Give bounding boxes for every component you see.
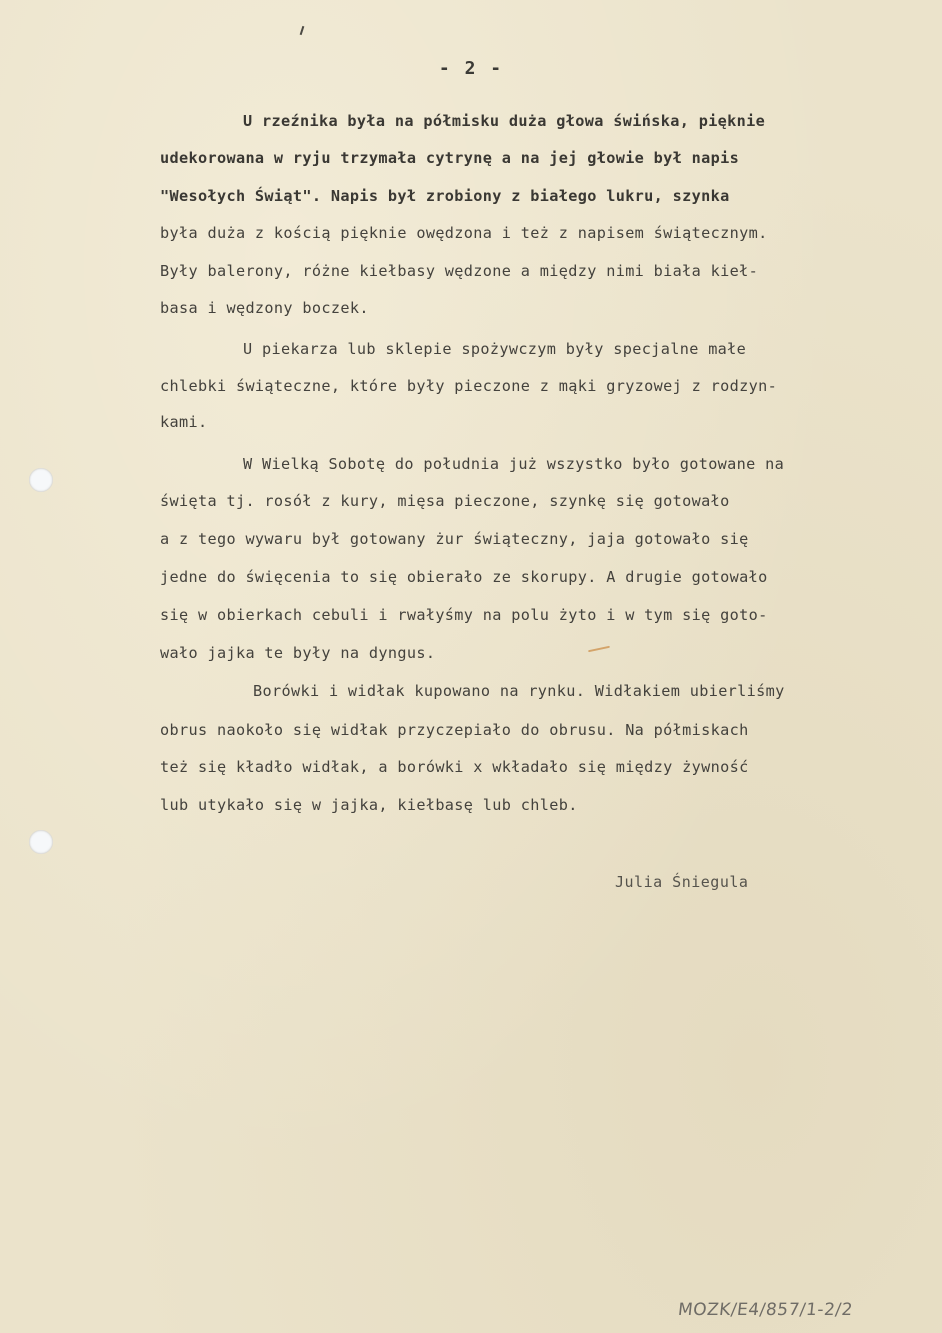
document-page: - 2 - U rzeźnika była na półmisku duża g… [0, 0, 942, 1333]
text-line: wało jajka te były na dyngus. [160, 643, 435, 663]
text-line: Były balerony, różne kiełbasy wędzone a … [160, 261, 758, 281]
text-line: a z tego wywaru był gotowany żur świątec… [160, 529, 749, 549]
stain-mark [588, 646, 610, 653]
punch-hole [29, 468, 53, 492]
text-line: też się kładło widłak, a borówki x wkład… [160, 757, 749, 777]
text-line: kami. [160, 412, 207, 432]
text-line: się w obierkach cebuli i rwałyśmy na pol… [160, 605, 768, 625]
text-line: U rzeźnika była na półmisku duża głowa ś… [243, 111, 765, 131]
text-line: jedne do święcenia to się obierało ze sk… [160, 567, 768, 587]
text-line: lub utykało się w jajka, kiełbasę lub ch… [160, 795, 578, 815]
text-line: obrus naokoło się widłak przyczepiało do… [160, 720, 749, 740]
text-line: udekorowana w ryju trzymała cytrynę a na… [160, 148, 739, 168]
text-line: W Wielką Sobotę do południa już wszystko… [243, 454, 784, 474]
punch-hole [29, 830, 53, 854]
text-line: U piekarza lub sklepie spożywczym były s… [243, 339, 746, 359]
stray-pen-mark [300, 26, 305, 35]
text-line: "Wesołych Świąt". Napis był zrobiony z b… [160, 186, 730, 206]
text-line: Borówki i widłak kupowano na rynku. Widł… [253, 681, 785, 701]
text-line: święta tj. rosół z kury, mięsa pieczone,… [160, 491, 730, 511]
text-line: była duża z kością pięknie owędzona i te… [160, 223, 768, 243]
author-signature: Julia Śniegula [615, 873, 748, 891]
text-line: basa i wędzony boczek. [160, 298, 369, 318]
page-number: - 2 - [0, 58, 942, 79]
text-line: chlebki świąteczne, które były pieczone … [160, 376, 777, 396]
archive-reference-number: MOZK/E4/857/1-2/2 [677, 1300, 854, 1320]
